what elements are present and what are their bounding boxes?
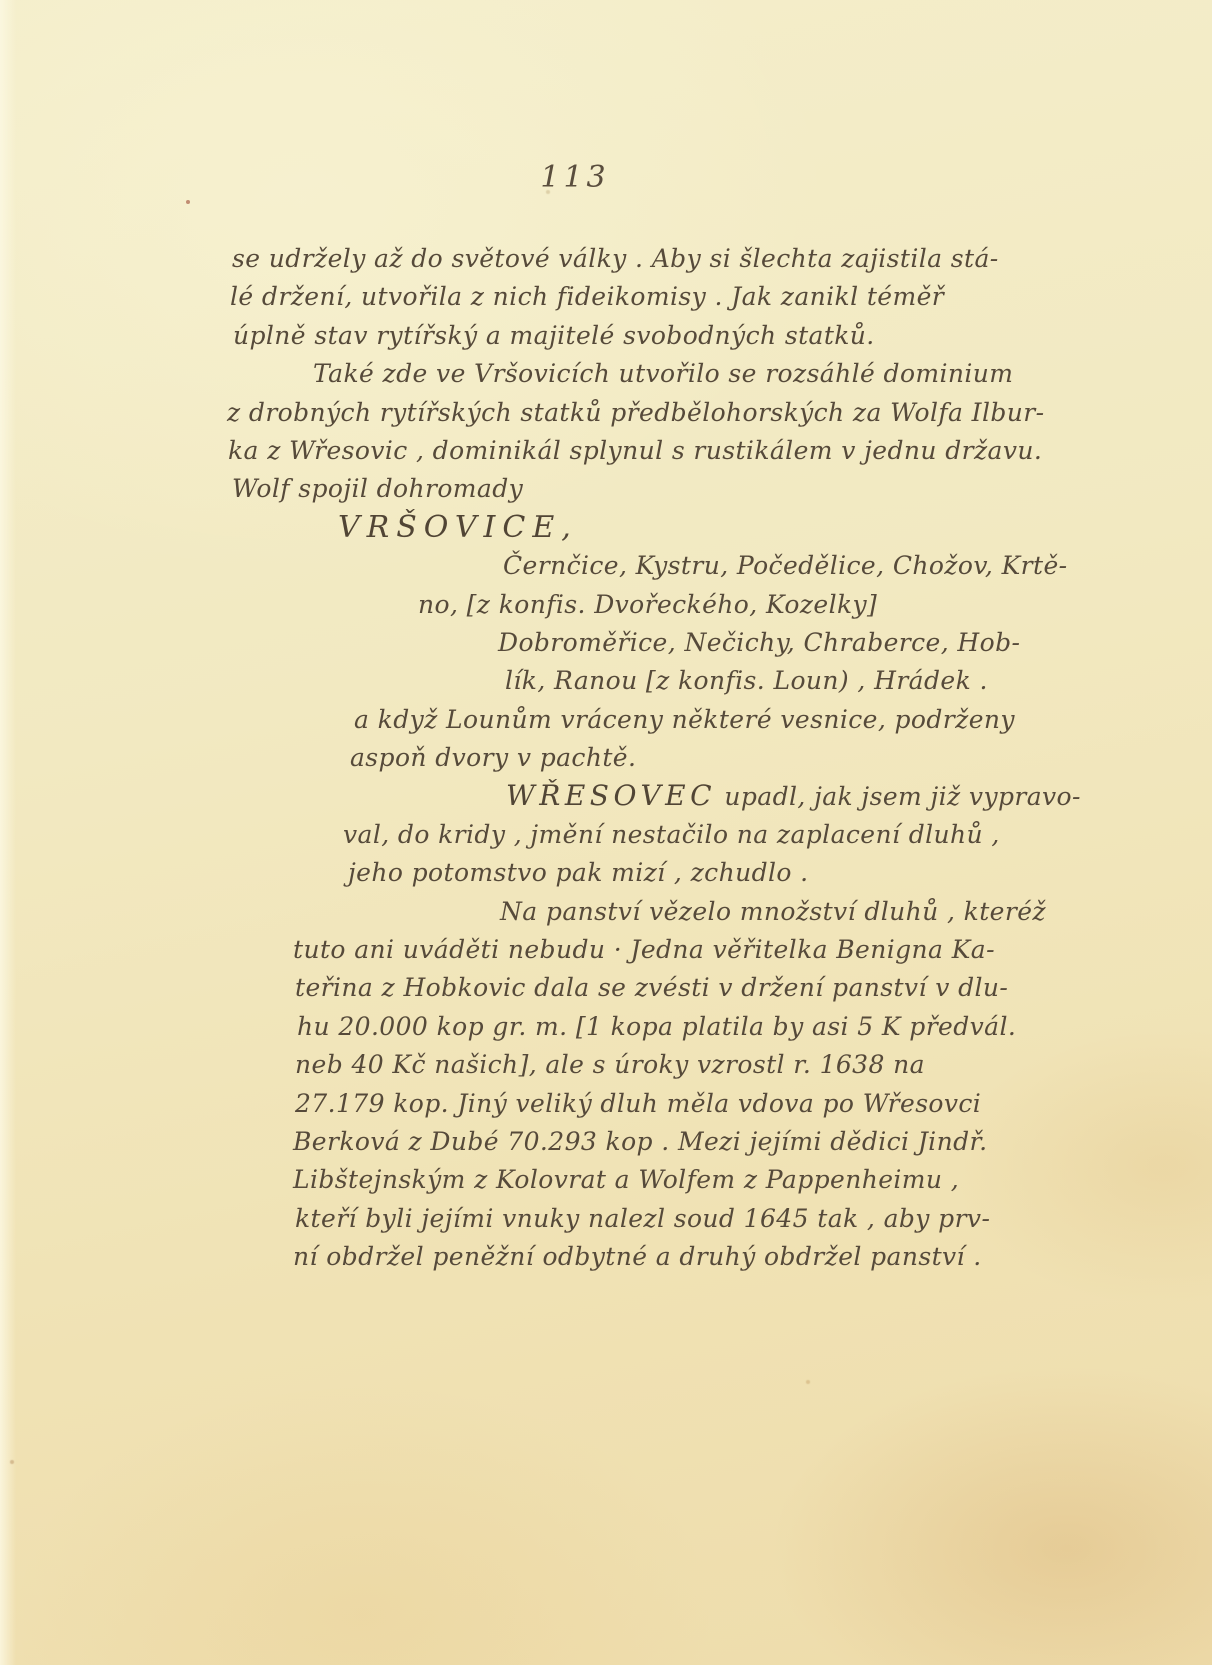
text-line-name-caps: WŘESOVEC <box>506 779 716 812</box>
text-line: jeho potomstvo pak mizí , zchudlo . <box>0 854 1212 892</box>
text-line: hu 20.000 kop gr. m. [1 kopa platila by … <box>0 1008 1212 1046</box>
text-line: kteří byli jejími vnuky nalezl soud 1645… <box>0 1200 1212 1238</box>
text-line: 27.179 kop. Jiný veliký dluh měla vdova … <box>0 1085 1212 1123</box>
text-line: se udržely až do světové války . Aby si … <box>0 240 1212 278</box>
text-line: neb 40 Kč našich], ale s úroky vzrostl r… <box>0 1046 1212 1084</box>
text-line: Také zde ve Vršovicích utvořilo se rozsá… <box>0 355 1212 393</box>
text-line: a když Lounům vráceny některé vesnice, p… <box>0 701 1212 739</box>
manuscript-page: 113 se udržely až do světové války . Aby… <box>0 0 1212 1665</box>
text-line: no, [z konfis. Dvořeckého, Kozelky] <box>0 586 1212 624</box>
text-line-estate-heading: VRŠOVICE, <box>0 509 1212 547</box>
page-number: 113 <box>540 160 610 195</box>
text-line: teřina z Hobkovic dala se zvésti v držen… <box>0 969 1212 1007</box>
text-line: aspoň dvory v pachtě. <box>0 739 1212 777</box>
text-line: Dobroměřice, Nečichy, Chraberce, Hob- <box>0 624 1212 662</box>
text-line: lík, Ranou [z konfis. Loun) , Hrádek . <box>0 662 1212 700</box>
text-line: Wolf spojil dohromady <box>0 470 1212 508</box>
text-line: úplně stav rytířský a majitelé svobodnýc… <box>0 317 1212 355</box>
text-line: ka z Wřesovic , dominikál splynul s rust… <box>0 432 1212 470</box>
text-line: val, do kridy , jmění nestačilo na zapla… <box>0 816 1212 854</box>
handwritten-text-block: se udržely až do světové války . Aby si … <box>0 240 1212 1277</box>
text-line: Na panství vězelo množství dluhů , které… <box>0 893 1212 931</box>
text-line: Libštejnským z Kolovrat a Wolfem z Pappe… <box>0 1161 1212 1199</box>
text-line: lé držení, utvořila z nich fideikomisy .… <box>0 278 1212 316</box>
text-line: z drobných rytířských statků předbělohor… <box>0 394 1212 432</box>
text-line: Berková z Dubé 70.293 kop . Mezi jejími … <box>0 1123 1212 1161</box>
text-line: ní obdržel peněžní odbytné a druhý obdrž… <box>0 1238 1212 1276</box>
text-line: tuto ani uváděti nebudu · Jedna věřitelk… <box>0 931 1212 969</box>
text-line: WŘESOVEC upadl, jak jsem již vypravo- <box>0 777 1212 815</box>
text-line-rest: upadl, jak jsem již vypravo- <box>716 782 1081 811</box>
text-line: Černčice, Kystru, Počedělice, Chožov, Kr… <box>0 547 1212 585</box>
